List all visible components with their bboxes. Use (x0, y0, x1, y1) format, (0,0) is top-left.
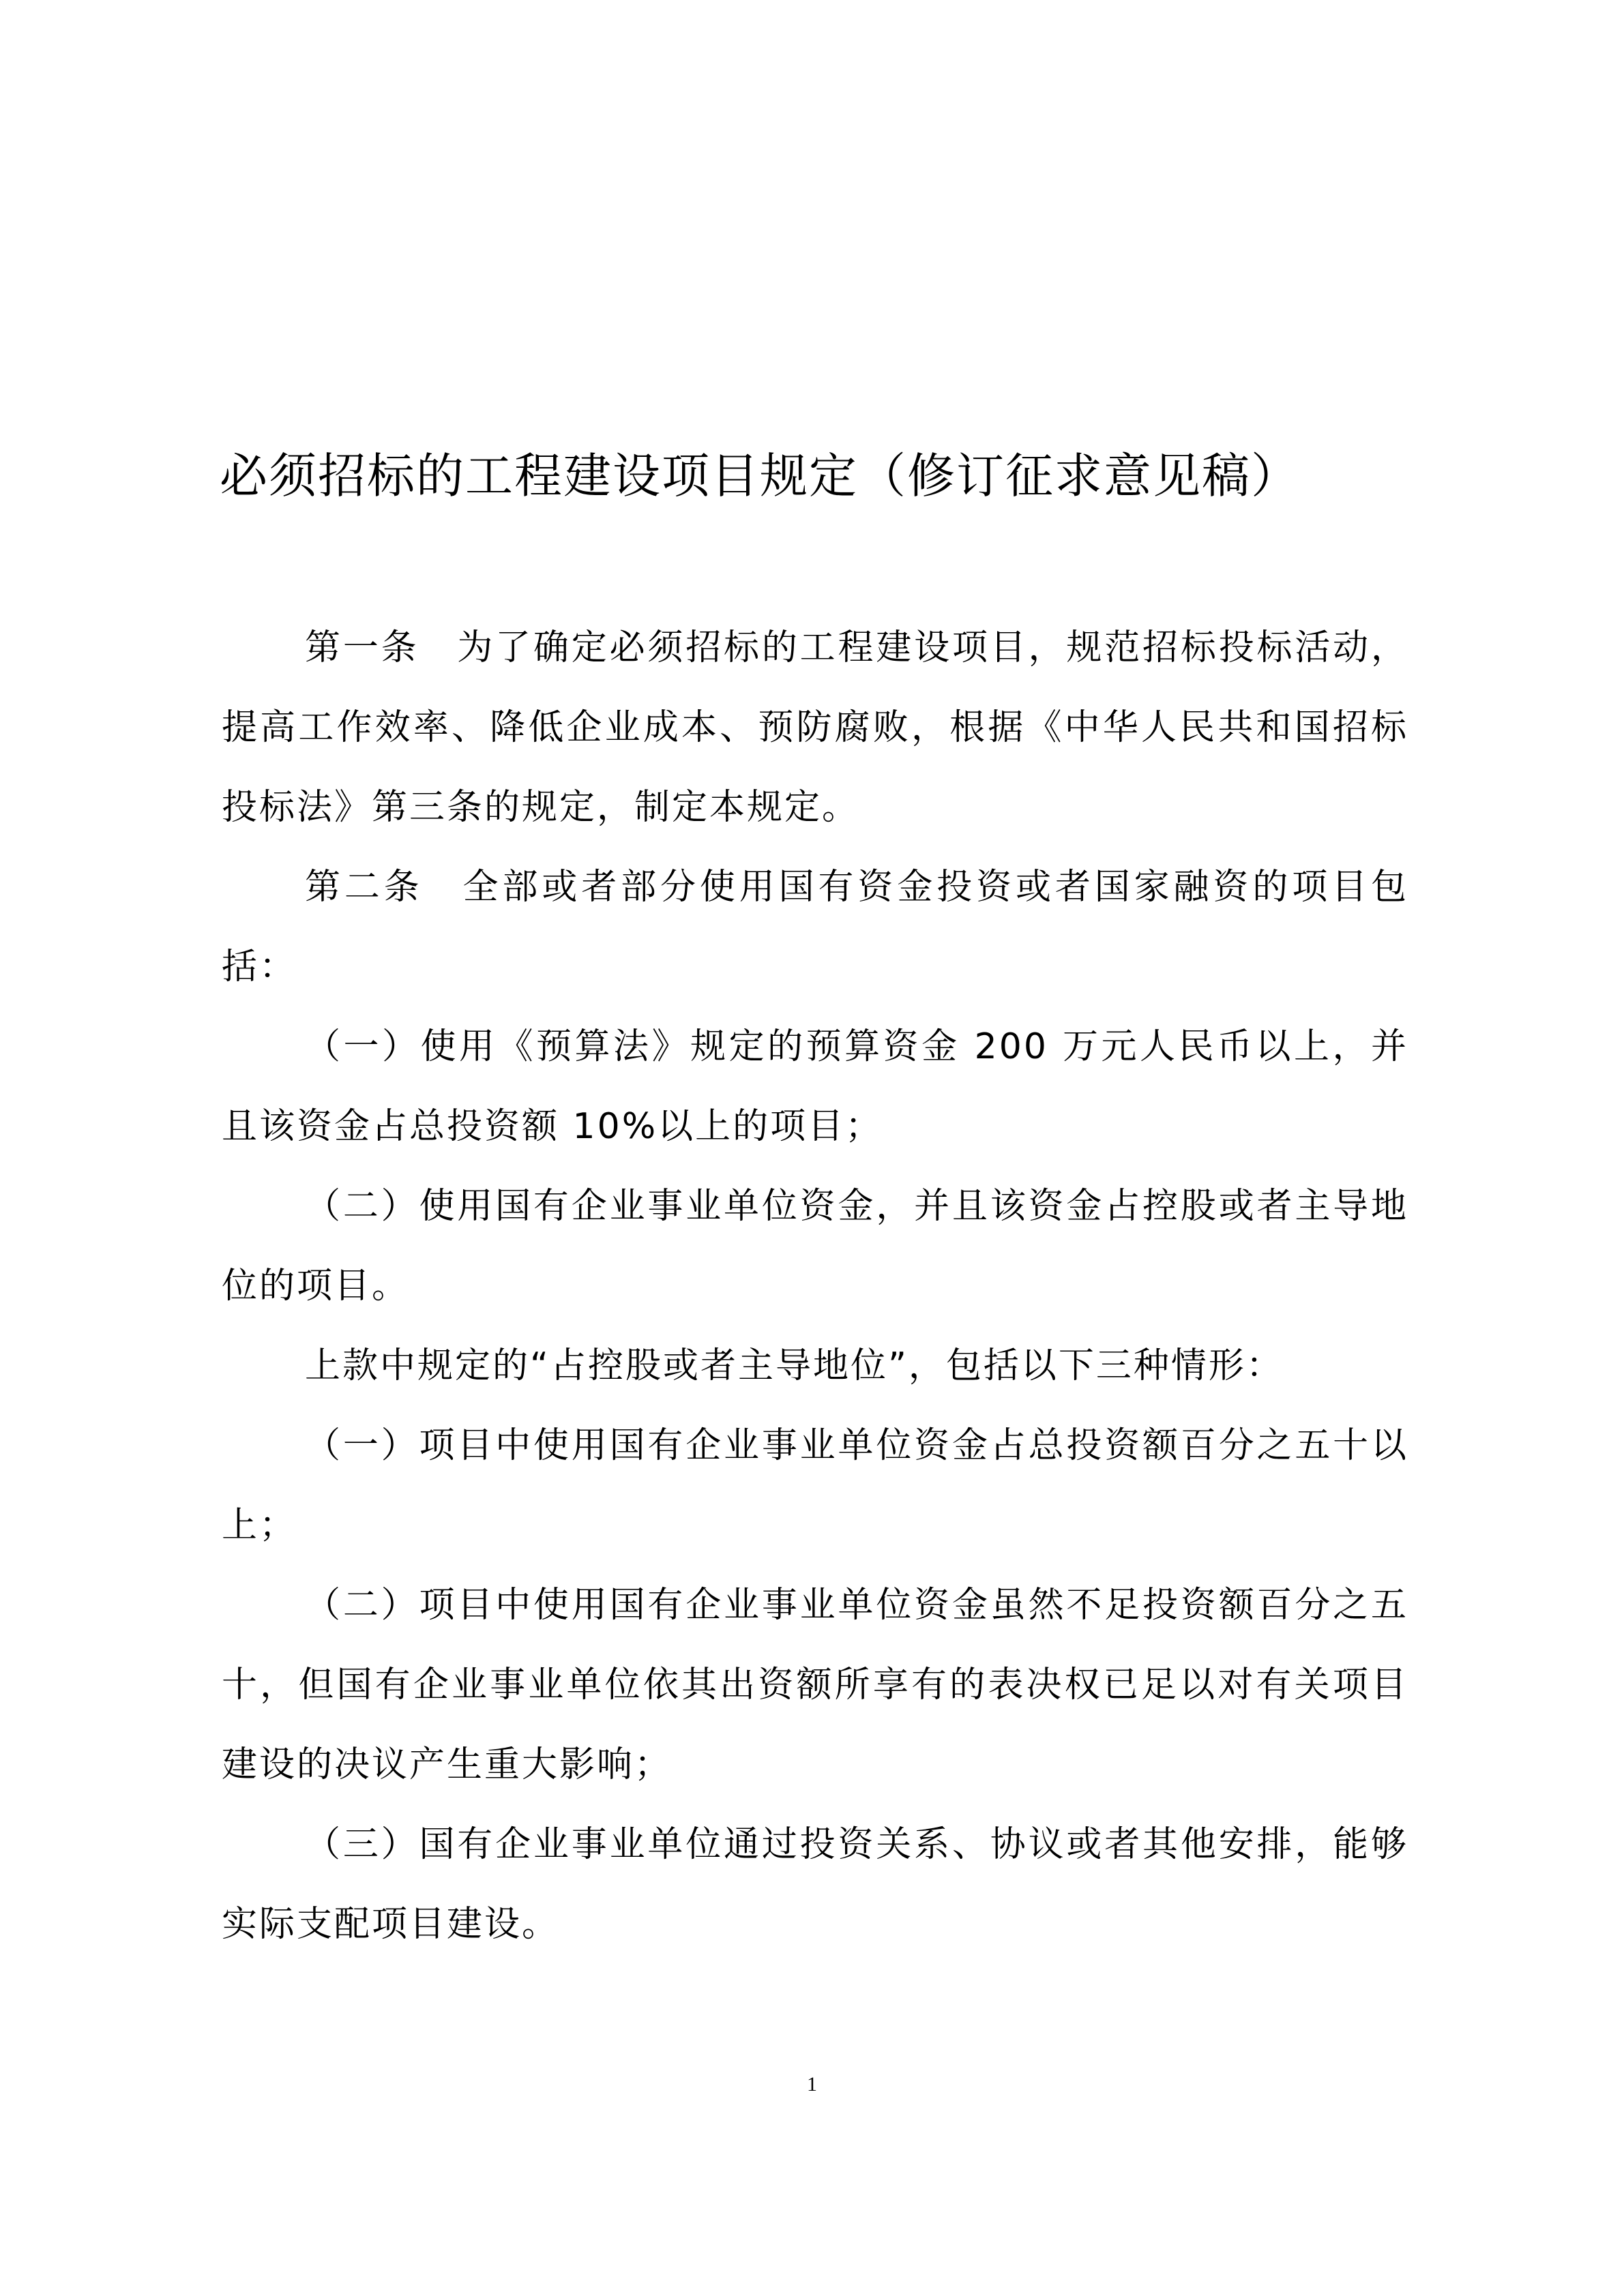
article-2-note-item-3: （三）国有企业事业单位通过投资关系、协议或者其他安排，能够实际支配项目建设。 (222, 1805, 1408, 1965)
page-number: 1 (0, 2073, 1624, 2096)
article-2-item-1: （一）使用《预算法》规定的预算资金 200 万元人民币以上，并且该资金占总投资额… (222, 1007, 1408, 1167)
document-title: 必须招标的工程建设项目规定（修订征求意见稿） (220, 442, 1420, 510)
document-page: 必须招标的工程建设项目规定（修订征求意见稿） 第一条 为了确定必须招标的工程建设… (0, 0, 1624, 2296)
document-body: 第一条 为了确定必须招标的工程建设项目，规范招标投标活动，提高工作效率、降低企业… (222, 608, 1408, 1965)
article-1: 第一条 为了确定必须招标的工程建设项目，规范招标投标活动，提高工作效率、降低企业… (222, 608, 1408, 848)
article-2: 第二条 全部或者部分使用国有资金投资或者国家融资的项目包括： (222, 848, 1408, 1007)
article-2-item-2: （二）使用国有企业事业单位资金，并且该资金占控股或者主导地位的项目。 (222, 1167, 1408, 1326)
article-2-note-item-2: （二）项目中使用国有企业事业单位资金虽然不足投资额百分之五十，但国有企业事业单位… (222, 1566, 1408, 1805)
article-2-note-item-1: （一）项目中使用国有企业事业单位资金占总投资额百分之五十以上； (222, 1406, 1408, 1566)
article-2-note: 上款中规定的“占控股或者主导地位”，包括以下三种情形： (222, 1326, 1408, 1406)
